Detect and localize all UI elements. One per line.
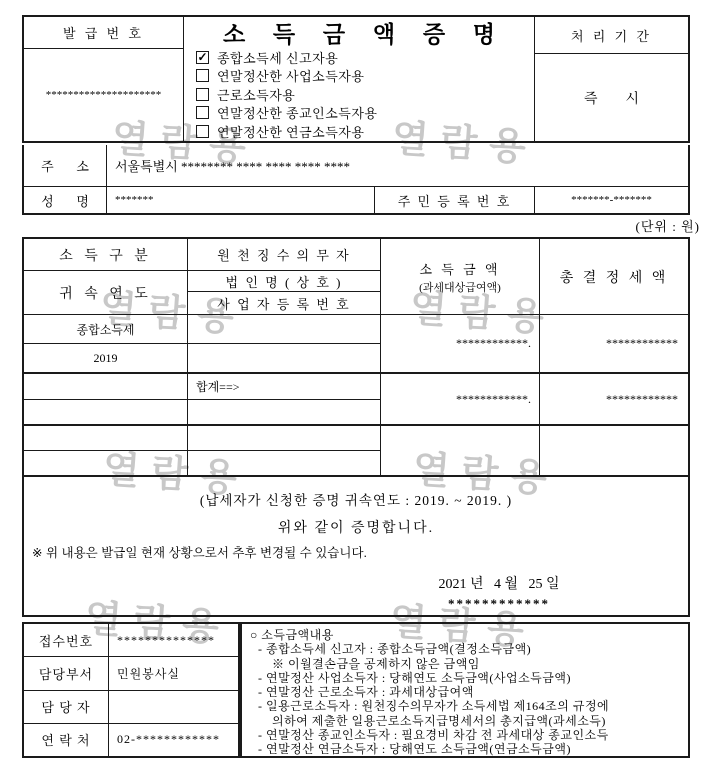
column-header-taxable-salary: (과세대상급여액) <box>419 279 501 295</box>
note-line: - 연말정산 연금소득자 : 당해연도 소득금액(연금소득금액) <box>250 742 686 756</box>
note-line: 의하여 제출한 일용근로소득지급명세서의 총지급액(과세소득) <box>250 714 686 728</box>
issuer-masked-name: ************ <box>379 596 619 612</box>
processing-period-value: 즉 시 <box>535 54 688 141</box>
corporate-name-cell <box>188 426 380 451</box>
table-row-contact: 연 락 처 02-************ <box>24 724 238 756</box>
taxpayer-info-section: 주 소 서울특별시 ******** **** **** **** **** 성… <box>22 145 690 215</box>
issue-number-cell: 발 급 번 호 ********************* <box>24 17 184 141</box>
table-row-receipt-number: 접수번호 ************** <box>24 624 238 657</box>
income-category-cell: 종합소득세 <box>24 315 187 344</box>
income-amount-notes: ○ 소득금액내용 - 종합소득세 신고자 : 종합소득금액(결정소득금액) ※ … <box>240 622 690 758</box>
income-category-cell <box>24 426 187 451</box>
income-amount-cell: ************. <box>381 315 539 372</box>
column-header-income-amount: 소 득 금 액 <box>420 259 501 278</box>
income-table-row-group: 종합소득세 2019 ************. ************ <box>24 315 688 372</box>
column-header-business-reg-number: 사 업 자 등 록 번 호 <box>188 292 380 314</box>
notes-title: ○ 소득금액내용 <box>250 628 686 642</box>
resident-number-label: 주 민 등 록 번 호 <box>375 187 535 213</box>
checkbox-label: 종합소득세 신고자용 <box>217 48 338 67</box>
attribution-year-cell <box>24 400 187 425</box>
department-value: 민원봉사실 <box>109 657 238 689</box>
address-value: 서울특별시 ******** **** **** **** **** <box>107 145 688 186</box>
attribution-year-cell <box>24 451 187 475</box>
note-line: ※ 이월결손금을 공제하지 않은 금액임 <box>250 657 686 671</box>
checkbox-item-pension-income: 연말정산한 연금소득자용 <box>196 122 534 141</box>
receipt-number-value: ************** <box>109 624 238 656</box>
income-certificate-document: 열람용 열람용 열람용 열람용 열람용 열람용 열람용 열람용 발 급 번 호 … <box>0 0 712 779</box>
unchecked-checkbox-icon <box>196 125 209 138</box>
processing-period-cell: 처 리 기 간 즉 시 <box>534 17 688 141</box>
income-amount-total-cell: ************. <box>381 374 539 424</box>
certification-caution-note: ※ 위 내용은 발급일 현재 상황으로서 추후 변경될 수 있습니다. <box>32 543 367 561</box>
checkbox-label: 연말정산한 종교인소득자용 <box>217 103 377 122</box>
note-line: - 연말정산 종교인소득자 : 필요경비 차감 전 과세대상 종교인소득 <box>250 728 686 742</box>
checkbox-item-comprehensive-income: ✓ 종합소득세 신고자용 <box>196 48 534 67</box>
checkbox-label: 연말정산한 연금소득자용 <box>217 122 364 141</box>
certificate-type-list: ✓ 종합소득세 신고자용 연말정산한 사업소득자용 근로소득자용 연말정산한 종… <box>184 48 534 141</box>
column-header-withholding-agent: 원 천 징 수 의 무 자 <box>188 239 380 271</box>
unchecked-checkbox-icon <box>196 88 209 101</box>
checkbox-item-earned-income: 근로소득자용 <box>196 85 534 104</box>
issue-number-value: ********************* <box>24 49 183 141</box>
business-reg-number-cell <box>188 400 380 425</box>
certification-section: (납세자가 신청한 증명 귀속연도 : 2019. ~ 2019. ) 위와 같… <box>22 477 690 617</box>
title-and-types-cell: 소 득 금 액 증 명 ✓ 종합소득세 신고자용 연말정산한 사업소득자용 근로… <box>184 17 534 141</box>
document-title: 소 득 금 액 증 명 <box>184 17 534 48</box>
income-table: 소 득 구 분 귀 속 연 도 원 천 징 수 의 무 자 법 인 명 ( 상 … <box>22 237 690 477</box>
name-row: 성 명 ******* 주 민 등 록 번 호 *******-******* <box>24 187 688 213</box>
department-label: 담당부서 <box>24 657 109 689</box>
admin-info-table: 접수번호 ************** 담당부서 민원봉사실 담 당 자 연 락… <box>22 622 240 758</box>
checkbox-item-religious-income: 연말정산한 종교인소득자용 <box>196 104 534 123</box>
issue-number-label: 발 급 번 호 <box>24 17 183 49</box>
name-value: ******* <box>107 187 375 213</box>
unchecked-checkbox-icon <box>196 69 209 82</box>
attribution-year-cell: 2019 <box>24 344 187 372</box>
note-line: - 연말정산 근로소득자 : 과세대상급여액 <box>250 685 686 699</box>
processing-period-label: 처 리 기 간 <box>535 17 688 54</box>
income-table-header: 소 득 구 분 귀 속 연 도 원 천 징 수 의 무 자 법 인 명 ( 상 … <box>24 239 688 315</box>
total-label-cell: 합계==> <box>188 374 380 400</box>
name-label: 성 명 <box>24 187 107 213</box>
income-category-cell <box>24 374 187 400</box>
person-in-charge-label: 담 당 자 <box>24 691 109 723</box>
contact-value: 02-************ <box>109 724 238 756</box>
column-header-income-category: 소 득 구 분 <box>24 239 187 271</box>
header-section: 발 급 번 호 ********************* 소 득 금 액 증 … <box>22 15 690 143</box>
table-row-department: 담당부서 민원봉사실 <box>24 657 238 690</box>
checked-checkbox-icon: ✓ <box>196 51 209 64</box>
receipt-number-label: 접수번호 <box>24 624 109 656</box>
unit-note: (단위 : 원) <box>22 216 700 236</box>
determined-tax-cell: ************ <box>540 315 688 372</box>
determined-tax-total-cell: ************ <box>540 374 688 424</box>
note-line: - 종합소득세 신고자 : 종합소득금액(결정소득금액) <box>250 642 686 656</box>
note-line: - 일용근로소득자 : 원천징수의무자가 소득세법 제164조의 규정에 <box>250 699 686 713</box>
income-table-total-row-group: 합계==> ************. ************ <box>24 372 688 424</box>
address-row: 주 소 서울특별시 ******** **** **** **** **** <box>24 145 688 187</box>
contact-label: 연 락 처 <box>24 724 109 756</box>
resident-number-value: *******-******* <box>535 187 688 213</box>
address-label: 주 소 <box>24 145 107 186</box>
business-reg-number-cell <box>188 451 380 475</box>
determined-tax-cell <box>540 426 688 475</box>
corporate-name-cell <box>188 315 380 344</box>
certification-statement: 위와 같이 증명합니다. <box>24 517 688 537</box>
certification-scope-line: (납세자가 신청한 증명 귀속연도 : 2019. ~ 2019. ) <box>24 489 688 509</box>
checkbox-label: 근로소득자용 <box>217 85 295 104</box>
note-line: - 연말정산 사업소득자 : 당해연도 소득금액(사업소득금액) <box>250 671 686 685</box>
unchecked-checkbox-icon <box>196 106 209 119</box>
checkbox-label: 연말정산한 사업소득자용 <box>217 66 364 85</box>
column-header-attribution-year: 귀 속 연 도 <box>24 271 187 314</box>
column-header-corporate-name: 법 인 명 ( 상 호 ) <box>188 271 380 292</box>
checkbox-item-business-income: 연말정산한 사업소득자용 <box>196 67 534 86</box>
issue-date: 2021 년 4 월 25 일 <box>379 573 619 593</box>
business-reg-number-cell <box>188 344 380 372</box>
income-amount-cell <box>381 426 539 475</box>
column-header-total-determined-tax: 총 결 정 세 액 <box>540 239 688 314</box>
table-row-person-in-charge: 담 당 자 <box>24 691 238 724</box>
income-table-empty-row-group <box>24 424 688 475</box>
person-in-charge-value <box>109 691 238 723</box>
